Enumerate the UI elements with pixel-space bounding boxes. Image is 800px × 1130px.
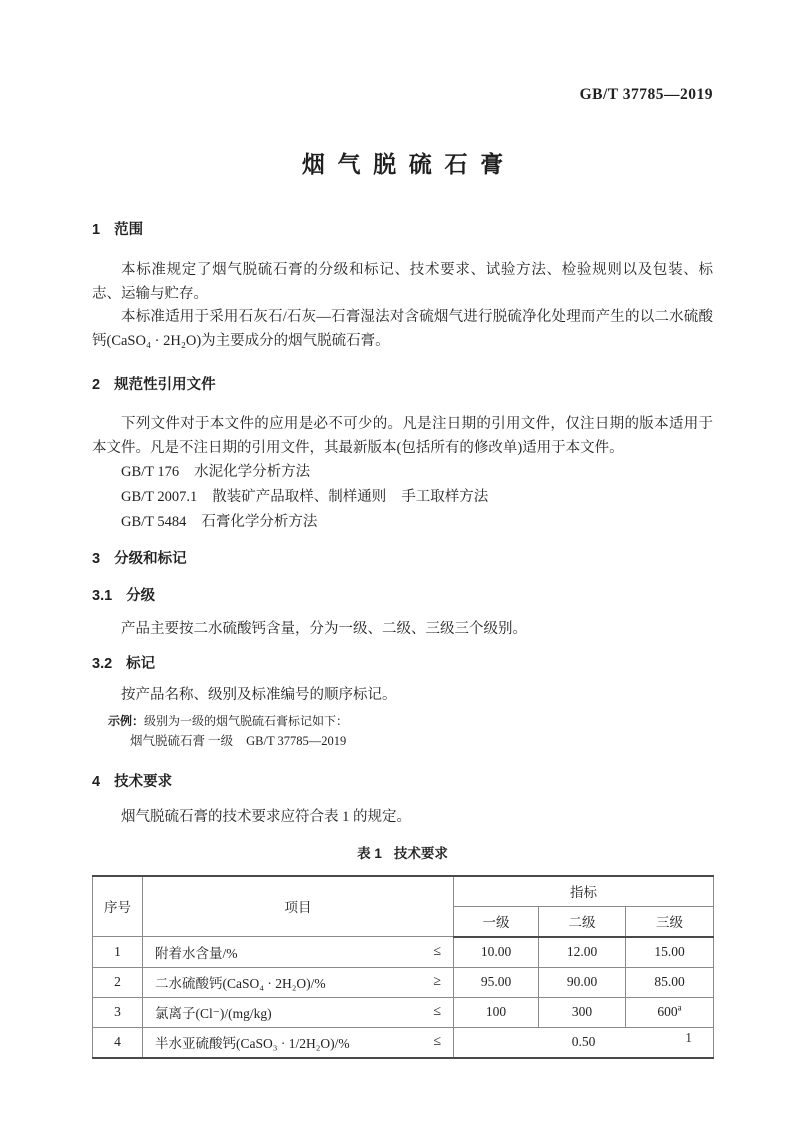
example-tag: 示例： xyxy=(108,714,144,728)
row-item: 半水亚硫酸钙(CaSO₃ · 1/2H₂O)/%≤ xyxy=(143,1027,454,1058)
section-number: 4 xyxy=(92,774,100,790)
marking-paragraph: 按产品名称、级别及标准编号的顺序标记。 xyxy=(92,684,713,708)
merged-value: 0.50 xyxy=(454,1027,714,1058)
example-marking-line: 烟气脱硫石膏 一级GB/T 37785—2019 xyxy=(92,731,713,751)
item-name: 二水硫酸钙(CaSO₄ · 2H₂O)/% xyxy=(143,972,326,992)
reference-title: 散装矿产品取样、制样通则 xyxy=(212,489,386,505)
value-grade-1: 100 xyxy=(454,997,539,1027)
value-grade-3: 15.00 xyxy=(626,937,714,968)
reference-title: 石膏化学分析方法 xyxy=(201,514,317,530)
document-title: 烟气脱硫石膏 xyxy=(92,148,713,180)
table-caption-number: 表 1 xyxy=(357,846,382,861)
value-grade-1: 95.00 xyxy=(454,967,539,997)
reference-item: GB/T 2007.1散装矿产品取样、制样通则手工取样方法 xyxy=(92,485,713,510)
section-label: 标记 xyxy=(126,656,155,672)
row-item: 二水硫酸钙(CaSO₄ · 2H₂O)/%≥ xyxy=(143,967,454,997)
comparison-symbol: ≤ xyxy=(433,1004,453,1020)
normative-references-paragraph: 下列文件对于本文件的应用是必不可少的。凡是注日期的引用文件，仅注日期的版本适用于… xyxy=(92,413,713,460)
row-no: 1 xyxy=(93,937,143,968)
example-intro: 级别为一级的烟气脱硫石膏标记如下： xyxy=(144,714,348,728)
reference-code: GB/T 2007.1 xyxy=(121,489,197,505)
reference-item: GB/T 5484石膏化学分析方法 xyxy=(92,510,713,535)
technical-requirements-paragraph: 烟气脱硫石膏的技术要求应符合表 1 的规定。 xyxy=(92,806,713,830)
table-row: 2 二水硫酸钙(CaSO₄ · 2H₂O)/%≥ 95.00 90.00 85.… xyxy=(93,967,714,997)
section-2-heading: 2规范性引用文件 xyxy=(92,375,713,395)
column-header-item: 项目 xyxy=(143,876,454,937)
section-number: 1 xyxy=(92,222,100,238)
section-number: 3.1 xyxy=(92,588,112,604)
section-number: 3 xyxy=(92,551,100,567)
comparison-symbol: ≤ xyxy=(433,1034,453,1050)
classification-paragraph: 产品主要按二水硫酸钙含量，分为一级、二级、三级三个级别。 xyxy=(92,618,713,642)
section-3-1-heading: 3.1分级 xyxy=(92,586,713,606)
row-item: 氯离子(Cl⁻)/(mg/kg)≤ xyxy=(143,997,454,1027)
section-label: 技术要求 xyxy=(114,774,172,790)
reference-suffix: 手工取样方法 xyxy=(401,489,488,505)
value-text: 600 xyxy=(657,1004,677,1019)
section-3-2-heading: 3.2标记 xyxy=(92,654,713,674)
scope-paragraph-2: 本标准适用于采用石灰石/石灰—石膏湿法对含硫烟气进行脱硫净化处理而产生的以二水硫… xyxy=(92,306,713,353)
section-number: 2 xyxy=(92,377,100,393)
column-header-grade-3: 三级 xyxy=(626,906,714,937)
row-no: 4 xyxy=(93,1027,143,1058)
example-product-name: 烟气脱硫石膏 一级 xyxy=(130,734,233,748)
section-1-heading: 1范围 xyxy=(92,220,713,240)
reference-code: GB/T 176 xyxy=(121,464,179,480)
item-name: 半水亚硫酸钙(CaSO₃ · 1/2H₂O)/% xyxy=(143,1032,350,1052)
example-label-line: 示例：级别为一级的烟气脱硫石膏标记如下： xyxy=(92,711,713,731)
comparison-symbol: ≥ xyxy=(433,974,453,990)
page-number: 1 xyxy=(685,1030,692,1046)
reference-item: GB/T 176水泥化学分析方法 xyxy=(92,460,713,485)
column-header-no: 序号 xyxy=(93,876,143,937)
standard-document-page: GB/T 37785—2019 烟气脱硫石膏 1范围 本标准规定了烟气脱硫石膏的… xyxy=(0,0,800,1130)
value-grade-2: 12.00 xyxy=(539,937,626,968)
section-number: 3.2 xyxy=(92,656,112,672)
section-4-heading: 4技术要求 xyxy=(92,772,713,792)
technical-requirements-table: 序号 项目 指标 一级 二级 三级 1 附着水含量/%≤ 10.00 12.00 xyxy=(92,875,714,1059)
table-1-caption: 表 1技术要求 xyxy=(92,845,713,863)
value-grade-2: 90.00 xyxy=(539,967,626,997)
section-label: 分级 xyxy=(126,588,155,604)
value-grade-3: 85.00 xyxy=(626,967,714,997)
section-3-heading: 3分级和标记 xyxy=(92,549,713,569)
page-content: GB/T 37785—2019 烟气脱硫石膏 1范围 本标准规定了烟气脱硫石膏的… xyxy=(0,0,800,1059)
column-header-grade-1: 一级 xyxy=(454,906,539,937)
footnote-marker: a xyxy=(678,1003,682,1013)
section-label: 分级和标记 xyxy=(114,551,187,567)
row-no: 2 xyxy=(93,967,143,997)
section-label: 规范性引用文件 xyxy=(114,377,216,393)
column-header-index-group: 指标 xyxy=(454,876,714,907)
column-header-grade-2: 二级 xyxy=(539,906,626,937)
row-item: 附着水含量/%≤ xyxy=(143,937,454,968)
table-row: 3 氯离子(Cl⁻)/(mg/kg)≤ 100 300 600a xyxy=(93,997,714,1027)
reference-code: GB/T 5484 xyxy=(121,514,186,530)
value-grade-1: 10.00 xyxy=(454,937,539,968)
item-name: 氯离子(Cl⁻)/(mg/kg) xyxy=(143,1002,272,1022)
comparison-symbol: ≤ xyxy=(433,944,453,960)
table-caption-label: 技术要求 xyxy=(394,846,448,861)
value-grade-3: 600a xyxy=(626,997,714,1027)
scope-paragraph-1: 本标准规定了烟气脱硫石膏的分级和标记、技术要求、试验方法、检验规则以及包装、标志… xyxy=(92,259,713,306)
row-no: 3 xyxy=(93,997,143,1027)
table-header-row-1: 序号 项目 指标 xyxy=(93,876,714,907)
value-grade-2: 300 xyxy=(539,997,626,1027)
table-row: 1 附着水含量/%≤ 10.00 12.00 15.00 xyxy=(93,937,714,968)
standard-code: GB/T 37785—2019 xyxy=(92,86,713,104)
reference-title: 水泥化学分析方法 xyxy=(194,464,310,480)
example-standard-code: GB/T 37785—2019 xyxy=(246,734,346,748)
item-name: 附着水含量/% xyxy=(143,942,238,962)
table-row: 4 半水亚硫酸钙(CaSO₃ · 1/2H₂O)/%≤ 0.50 xyxy=(93,1027,714,1058)
section-label: 范围 xyxy=(114,222,143,238)
